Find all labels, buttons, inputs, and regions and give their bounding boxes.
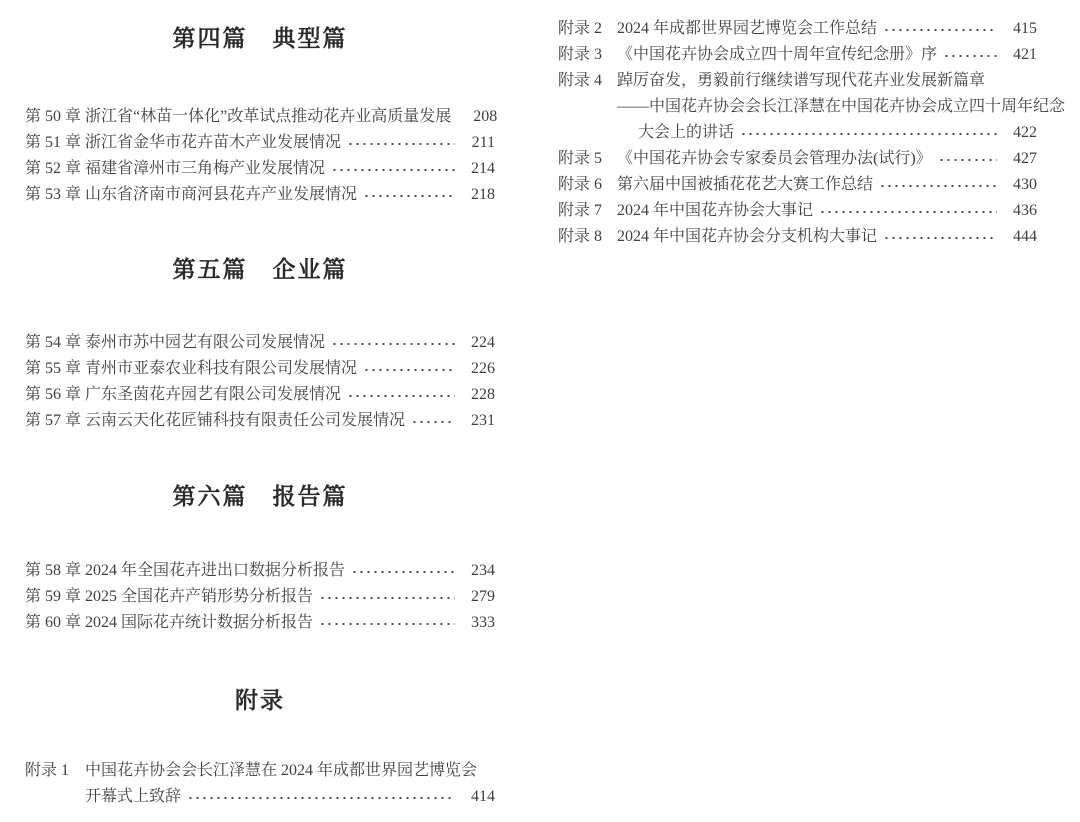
entry-line: 山东省济南市商河县花卉产业发展情况218: [85, 182, 495, 208]
entry-title-text: 2024 年成都世界园艺博览会工作总结: [617, 16, 877, 42]
page-number: 228: [461, 382, 495, 408]
page-number: 226: [461, 356, 495, 382]
entry-title-text: 福建省漳州市三角梅产业发展情况: [85, 156, 325, 182]
entry-title-text: 云南云天化花匠铺科技有限责任公司发展情况: [85, 408, 405, 434]
toc-entry: 附录 82024 年中国花卉协会分支机构大事记444: [558, 224, 1037, 250]
entry-line: 泰州市苏中园艺有限公司发展情况224: [85, 330, 495, 356]
toc-entry: 第 56 章广东圣茵花卉园艺有限公司发展情况228: [25, 382, 495, 408]
toc-entry: 附录 5《中国花卉协会专家委员会管理办法(试行)》427: [558, 146, 1037, 172]
page-number: 421: [1003, 42, 1037, 68]
entry-title-text: 浙江省“林苗一体化”改革试点推动花卉业高质量发展: [85, 104, 451, 130]
entry-body: 中国花卉协会会长江泽慧在 2024 年成都世界园艺博览会开幕式上致辞414: [85, 758, 495, 810]
entry-line: 青州市亚泰农业科技有限公司发展情况226: [85, 356, 495, 382]
toc-entry: 附录 1中国花卉协会会长江泽慧在 2024 年成都世界园艺博览会开幕式上致辞41…: [25, 758, 495, 810]
dot-leader: [740, 120, 997, 146]
entry-title-text: 2024 年中国花卉协会大事记: [617, 198, 813, 224]
page-number: 444: [1003, 224, 1037, 250]
entry-label: 第 60 章: [25, 610, 85, 636]
entry-line: 云南云天化花匠铺科技有限责任公司发展情况231: [85, 408, 495, 434]
entry-body: 第六届中国被插花花艺大赛工作总结430: [617, 172, 1037, 198]
entry-title-text: 中国花卉协会会长江泽慧在 2024 年成都世界园艺博览会: [85, 758, 477, 784]
page-number: 234: [461, 558, 495, 584]
part-heading: 第六篇 报告篇: [25, 482, 495, 512]
toc-left-column: 第四篇 典型篇第 50 章浙江省“林苗一体化”改革试点推动花卉业高质量发展208…: [25, 0, 495, 810]
entry-label: 第 59 章: [25, 584, 85, 610]
entry-title-text: 泰州市苏中园艺有限公司发展情况: [85, 330, 325, 356]
page-number: 415: [1003, 16, 1037, 42]
entry-line: 《中国花卉协会专家委员会管理办法(试行)》427: [617, 146, 1037, 172]
dot-leader: [351, 558, 455, 584]
entry-line: 广东圣茵花卉园艺有限公司发展情况228: [85, 382, 495, 408]
entry-body: 2024 国际花卉统计数据分析报告333: [85, 610, 495, 636]
page-number: 414: [461, 784, 495, 810]
toc-entry: 第 60 章2024 国际花卉统计数据分析报告333: [25, 610, 495, 636]
entry-line: 浙江省金华市花卉苗木产业发展情况211: [85, 130, 495, 156]
entry-title-text: 山东省济南市商河县花卉产业发展情况: [85, 182, 357, 208]
entry-label: 附录 3: [558, 42, 617, 68]
page-number: 436: [1003, 198, 1037, 224]
toc-entry: 第 58 章2024 年全国花卉进出口数据分析报告234: [25, 558, 495, 584]
entry-line: 浙江省“林苗一体化”改革试点推动花卉业高质量发展208: [85, 104, 495, 130]
page-number: 231: [461, 408, 495, 434]
entry-body: 2024 年中国花卉协会分支机构大事记444: [617, 224, 1037, 250]
entry-title-text: 广东圣茵花卉园艺有限公司发展情况: [85, 382, 341, 408]
page-number: 430: [1003, 172, 1037, 198]
entry-line: 2024 年中国花卉协会大事记436: [617, 198, 1037, 224]
toc-section: 第六篇 报告篇第 58 章2024 年全国花卉进出口数据分析报告234第 59 …: [25, 482, 495, 636]
entry-title-text: 大会上的讲话: [617, 120, 734, 146]
entry-body: 浙江省金华市花卉苗木产业发展情况211: [85, 130, 495, 156]
entry-line: 2024 年全国花卉进出口数据分析报告234: [85, 558, 495, 584]
entry-label: 附录 2: [558, 16, 617, 42]
toc-section: 附录附录 1中国花卉协会会长江泽慧在 2024 年成都世界园艺博览会开幕式上致辞…: [25, 686, 495, 810]
entry-line: 2024 国际花卉统计数据分析报告333: [85, 610, 495, 636]
toc-entry: 第 53 章山东省济南市商河县花卉产业发展情况218: [25, 182, 495, 208]
entry-body: 广东圣茵花卉园艺有限公司发展情况228: [85, 382, 495, 408]
entry-body: 山东省济南市商河县花卉产业发展情况218: [85, 182, 495, 208]
entry-title-text: 《中国花卉协会专家委员会管理办法(试行)》: [617, 146, 932, 172]
entry-body: 踔厉奋发，勇毅前行继续谱写现代花卉业发展新篇章——中国花卉协会会长江泽慧在中国花…: [617, 68, 1037, 146]
entry-line: 开幕式上致辞414: [85, 784, 495, 810]
entry-title-text: 2024 国际花卉统计数据分析报告: [85, 610, 313, 636]
toc-page-spread: 第四篇 典型篇第 50 章浙江省“林苗一体化”改革试点推动花卉业高质量发展208…: [0, 0, 1080, 822]
toc-entry: 附录 72024 年中国花卉协会大事记436: [558, 198, 1037, 224]
entry-body: 泰州市苏中园艺有限公司发展情况224: [85, 330, 495, 356]
entry-label: 第 51 章: [25, 130, 85, 156]
entry-body: 2024 年中国花卉协会大事记436: [617, 198, 1037, 224]
page-number: 208: [463, 104, 497, 130]
entry-line: 第六届中国被插花花艺大赛工作总结430: [617, 172, 1037, 198]
page-number: 218: [461, 182, 495, 208]
dot-leader: [347, 382, 455, 408]
toc-entry: 附录 4踔厉奋发，勇毅前行继续谱写现代花卉业发展新篇章——中国花卉协会会长江泽慧…: [558, 68, 1037, 146]
entry-line: ——中国花卉协会会长江泽慧在中国花卉协会成立四十周年纪念: [617, 94, 1037, 120]
entry-label: 第 55 章: [25, 356, 85, 382]
entry-title-text: 2024 年全国花卉进出口数据分析报告: [85, 558, 345, 584]
entry-label: 附录 5: [558, 146, 617, 172]
entry-line: 大会上的讲话422: [617, 120, 1037, 146]
entry-body: 2025 全国花卉产销形势分析报告279: [85, 584, 495, 610]
toc-entry: 第 54 章泰州市苏中园艺有限公司发展情况224: [25, 330, 495, 356]
page-number: 279: [461, 584, 495, 610]
dot-leader: [363, 356, 455, 382]
entry-body: 2024 年全国花卉进出口数据分析报告234: [85, 558, 495, 584]
entry-body: 福建省漳州市三角梅产业发展情况214: [85, 156, 495, 182]
dot-leader: [879, 172, 997, 198]
entry-label: 第 54 章: [25, 330, 85, 356]
toc-entry: 附录 6第六届中国被插花花艺大赛工作总结430: [558, 172, 1037, 198]
entry-title-text: 浙江省金华市花卉苗木产业发展情况: [85, 130, 341, 156]
entry-line: 2025 全国花卉产销形势分析报告279: [85, 584, 495, 610]
entry-line: 中国花卉协会会长江泽慧在 2024 年成都世界园艺博览会: [85, 758, 495, 784]
section-entries: 第 54 章泰州市苏中园艺有限公司发展情况224第 55 章青州市亚泰农业科技有…: [25, 330, 495, 434]
dot-leader: [331, 156, 455, 182]
toc-entry: 第 52 章福建省漳州市三角梅产业发展情况214: [25, 156, 495, 182]
toc-right-column: 附录 22024 年成都世界园艺博览会工作总结415附录 3《中国花卉协会成立四…: [558, 0, 1037, 250]
entry-label: 附录 4: [558, 68, 617, 94]
toc-entry: 第 59 章2025 全国花卉产销形势分析报告279: [25, 584, 495, 610]
dot-leader: [819, 198, 997, 224]
entry-label: 附录 6: [558, 172, 617, 198]
part-heading: 附录: [25, 686, 495, 716]
entry-body: 2024 年成都世界园艺博览会工作总结415: [617, 16, 1037, 42]
page-number: 211: [461, 130, 495, 156]
toc-section: 第四篇 典型篇第 50 章浙江省“林苗一体化”改革试点推动花卉业高质量发展208…: [25, 24, 495, 208]
entry-label: 第 56 章: [25, 382, 85, 408]
entry-title-text: 第六届中国被插花花艺大赛工作总结: [617, 172, 873, 198]
toc-entry: 附录 3《中国花卉协会成立四十周年宣传纪念册》序421: [558, 42, 1037, 68]
page-number: 214: [461, 156, 495, 182]
entry-label: 第 50 章: [25, 104, 85, 130]
entry-body: 青州市亚泰农业科技有限公司发展情况226: [85, 356, 495, 382]
entry-body: 云南云天化花匠铺科技有限责任公司发展情况231: [85, 408, 495, 434]
entry-title-text: 2024 年中国花卉协会分支机构大事记: [617, 224, 877, 250]
toc-entry: 附录 22024 年成都世界园艺博览会工作总结415: [558, 16, 1037, 42]
entry-line: 踔厉奋发，勇毅前行继续谱写现代花卉业发展新篇章: [617, 68, 1037, 94]
section-entries: 附录 1中国花卉协会会长江泽慧在 2024 年成都世界园艺博览会开幕式上致辞41…: [25, 758, 495, 810]
toc-entry: 第 57 章云南云天化花匠铺科技有限责任公司发展情况231: [25, 408, 495, 434]
entry-title-text: 开幕式上致辞: [85, 784, 181, 810]
entry-title-text: 2025 全国花卉产销形势分析报告: [85, 584, 313, 610]
entry-label: 附录 1: [25, 758, 85, 784]
toc-section: 第五篇 企业篇第 54 章泰州市苏中园艺有限公司发展情况224第 55 章青州市…: [25, 255, 495, 434]
dot-leader: [363, 182, 455, 208]
dot-leader: [319, 610, 455, 636]
page-number: 427: [1003, 146, 1037, 172]
entry-body: 《中国花卉协会专家委员会管理办法(试行)》427: [617, 146, 1037, 172]
entry-label: 第 52 章: [25, 156, 85, 182]
page-number: 224: [461, 330, 495, 356]
entry-label: 第 58 章: [25, 558, 85, 584]
dot-leader: [938, 146, 997, 172]
page-number: 333: [461, 610, 495, 636]
dot-leader: [411, 408, 455, 434]
entry-title-text: 《中国花卉协会成立四十周年宣传纪念册》序: [617, 42, 937, 68]
entry-title-text: 踔厉奋发，勇毅前行继续谱写现代花卉业发展新篇章: [617, 68, 985, 94]
entry-title-text: ——中国花卉协会会长江泽慧在中国花卉协会成立四十周年纪念: [617, 94, 1065, 120]
toc-entry: 第 50 章浙江省“林苗一体化”改革试点推动花卉业高质量发展208: [25, 104, 495, 130]
entry-line: 《中国花卉协会成立四十周年宣传纪念册》序421: [617, 42, 1037, 68]
section-entries: 第 50 章浙江省“林苗一体化”改革试点推动花卉业高质量发展208第 51 章浙…: [25, 104, 495, 208]
entry-body: 浙江省“林苗一体化”改革试点推动花卉业高质量发展208: [85, 104, 495, 130]
dot-leader: [883, 224, 997, 250]
entry-line: 2024 年成都世界园艺博览会工作总结415: [617, 16, 1037, 42]
part-heading: 第五篇 企业篇: [25, 255, 495, 285]
entry-line: 2024 年中国花卉协会分支机构大事记444: [617, 224, 1037, 250]
dot-leader: [883, 16, 997, 42]
entry-line: 福建省漳州市三角梅产业发展情况214: [85, 156, 495, 182]
page-number: 422: [1003, 120, 1037, 146]
entry-title-text: 青州市亚泰农业科技有限公司发展情况: [85, 356, 357, 382]
entry-body: 《中国花卉协会成立四十周年宣传纪念册》序421: [617, 42, 1037, 68]
entry-label: 第 57 章: [25, 408, 85, 434]
dot-leader: [347, 130, 455, 156]
part-heading: 第四篇 典型篇: [25, 24, 495, 54]
entry-label: 附录 8: [558, 224, 617, 250]
entry-label: 附录 7: [558, 198, 617, 224]
toc-entry: 第 55 章青州市亚泰农业科技有限公司发展情况226: [25, 356, 495, 382]
toc-entry: 第 51 章浙江省金华市花卉苗木产业发展情况211: [25, 130, 495, 156]
dot-leader: [331, 330, 455, 356]
dot-leader: [319, 584, 455, 610]
dot-leader: [187, 784, 455, 810]
section-entries: 第 58 章2024 年全国花卉进出口数据分析报告234第 59 章2025 全…: [25, 558, 495, 636]
entry-label: 第 53 章: [25, 182, 85, 208]
dot-leader: [943, 42, 997, 68]
